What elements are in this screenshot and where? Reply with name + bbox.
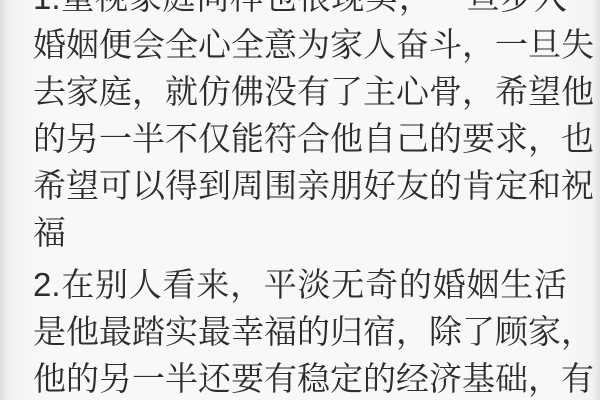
text-line: 1.重视家庭同样也很现实，一旦步入 — [33, 0, 567, 21]
text-line: 婚姻便会全心全意为家人奋斗，一旦失 — [33, 21, 567, 68]
text-line: 的另一半不仅能符合他自己的要求，也 — [33, 115, 567, 162]
text-line: 福 — [33, 209, 567, 256]
text-line: 去家庭，就仿佛没有了主心骨，希望他 — [33, 68, 567, 115]
text-line: 是他最踏实最幸福的归宿，除了顾家， — [33, 308, 567, 355]
article-text: 1.重视家庭同样也很现实，一旦步入 婚姻便会全心全意为家人奋斗，一旦失 去家庭，… — [33, 0, 567, 400]
text-line: 2.在别人看来，平淡无奇的婚姻生活 — [33, 261, 567, 308]
text-line: 他的另一半还要有稳定的经济基础，有 — [33, 355, 567, 400]
text-line: 希望可以得到周围亲朋好友的肯定和祝 — [33, 162, 567, 209]
screenshot-root: 1.重视家庭同样也很现实，一旦步入 婚姻便会全心全意为家人奋斗，一旦失 去家庭，… — [0, 0, 600, 400]
